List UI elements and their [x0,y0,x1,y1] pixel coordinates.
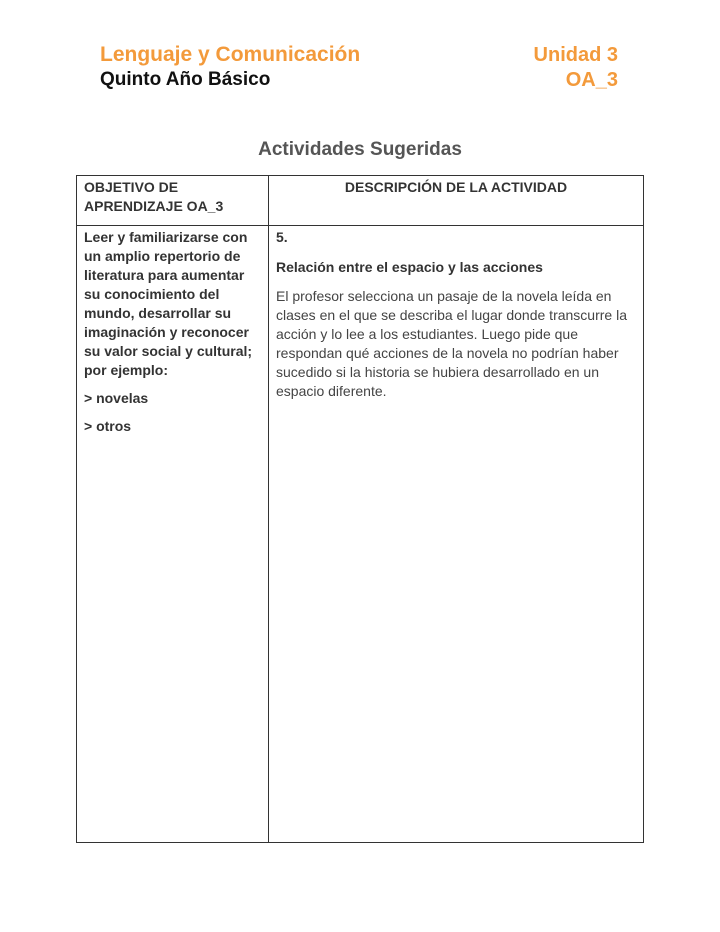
section-title: Actividades Sugeridas [0,139,720,161]
activities-table: OBJETIVO DE APRENDIZAJE OA_3 DESCRIPCIÓN… [76,175,644,843]
objective-item: > novelas [84,389,261,408]
activity-description: El profesor selecciona un pasaje de la n… [276,287,636,401]
objective-text: Leer y familiarizarse con un amplio repe… [84,228,261,380]
activity-title: Relación entre el espacio y las acciones [276,258,636,277]
objective-code: OA_3 [534,68,618,92]
objective-cell: Leer y familiarizarse con un amplio repe… [77,226,269,843]
table-header-row: OBJETIVO DE APRENDIZAJE OA_3 DESCRIPCIÓN… [77,176,644,226]
unit-label: Unidad 3 [534,42,618,68]
description-cell: 5. Relación entre el espacio y las accio… [269,226,644,843]
header-left: Lenguaje y Comunicación Quinto Año Básic… [100,42,360,92]
objective-item: > otros [84,417,261,436]
header-right: Unidad 3 OA_3 [534,42,618,92]
grade-level: Quinto Año Básico [100,68,360,92]
table-row: Leer y familiarizarse con un amplio repe… [77,226,644,843]
activity-number: 5. [276,228,636,247]
header-description: DESCRIPCIÓN DE LA ACTIVIDAD [269,176,644,226]
header-objective: OBJETIVO DE APRENDIZAJE OA_3 [77,176,269,226]
subject-title: Lenguaje y Comunicación [100,42,360,68]
